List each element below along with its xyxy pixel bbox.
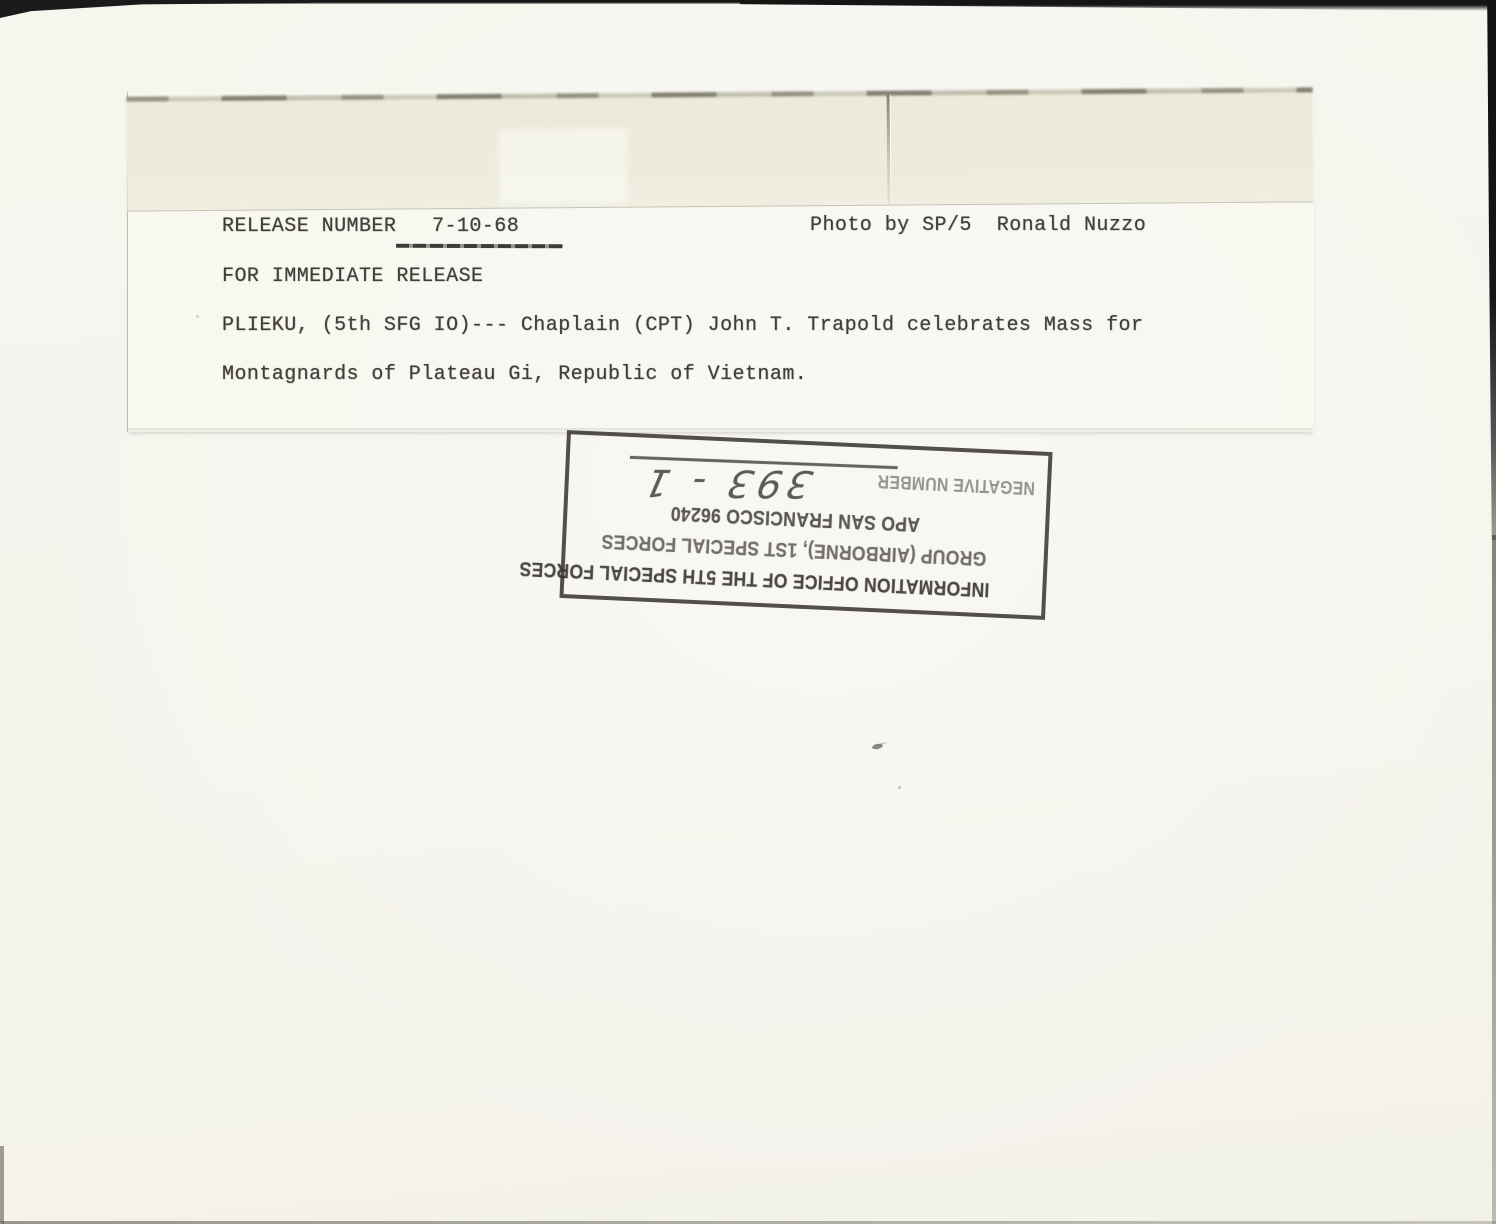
scan-edge-top-right-band: [740, 0, 1496, 11]
scan-edge-right-tail: [1492, 535, 1496, 1224]
dust-speck: [196, 315, 199, 318]
caption-text-line-2: Montagnards of Plateau Gi, Republic of V…: [222, 363, 807, 386]
photo-credit: Photo by SP/5 Ronald Nuzzo: [810, 214, 1146, 237]
scan-edge-bottom-left: [0, 1146, 4, 1224]
photo-back-scan: { "typed": { "release_label": "RELEASE N…: [0, 0, 1496, 1224]
caption-text-line-1: PLIEKU, (5th SFG IO)--- Chaplain (CPT) J…: [222, 314, 1143, 337]
for-immediate-release-line: FOR IMMEDIATE RELEASE: [222, 265, 484, 288]
tape-crease: [887, 95, 891, 203]
unit-stamp: INFORMATION OFFICE OF THE 5TH SPECIAL FO…: [559, 430, 1052, 620]
scan-edge-right-band: [1486, 0, 1496, 540]
scan-edge-top-left-wedge: [0, 0, 310, 18]
dust-speck: [898, 786, 901, 789]
tape-strip: [127, 89, 1314, 211]
caption-slip-bottom-edge: [127, 428, 1313, 433]
release-number-value: 7-10-68: [432, 215, 519, 238]
tape-light-patch: [499, 129, 628, 204]
negative-number-label: NEGATIVE NUMBER: [877, 470, 1035, 498]
release-number-label: RELEASE NUMBER: [222, 215, 396, 238]
negative-number-value: 393 - 1: [636, 461, 817, 506]
dust-speck: [872, 743, 884, 750]
unit-stamp-org-lines: INFORMATION OFFICE OF THE 5TH SPECIAL FO…: [568, 492, 1020, 605]
release-number-underline: [396, 244, 563, 249]
